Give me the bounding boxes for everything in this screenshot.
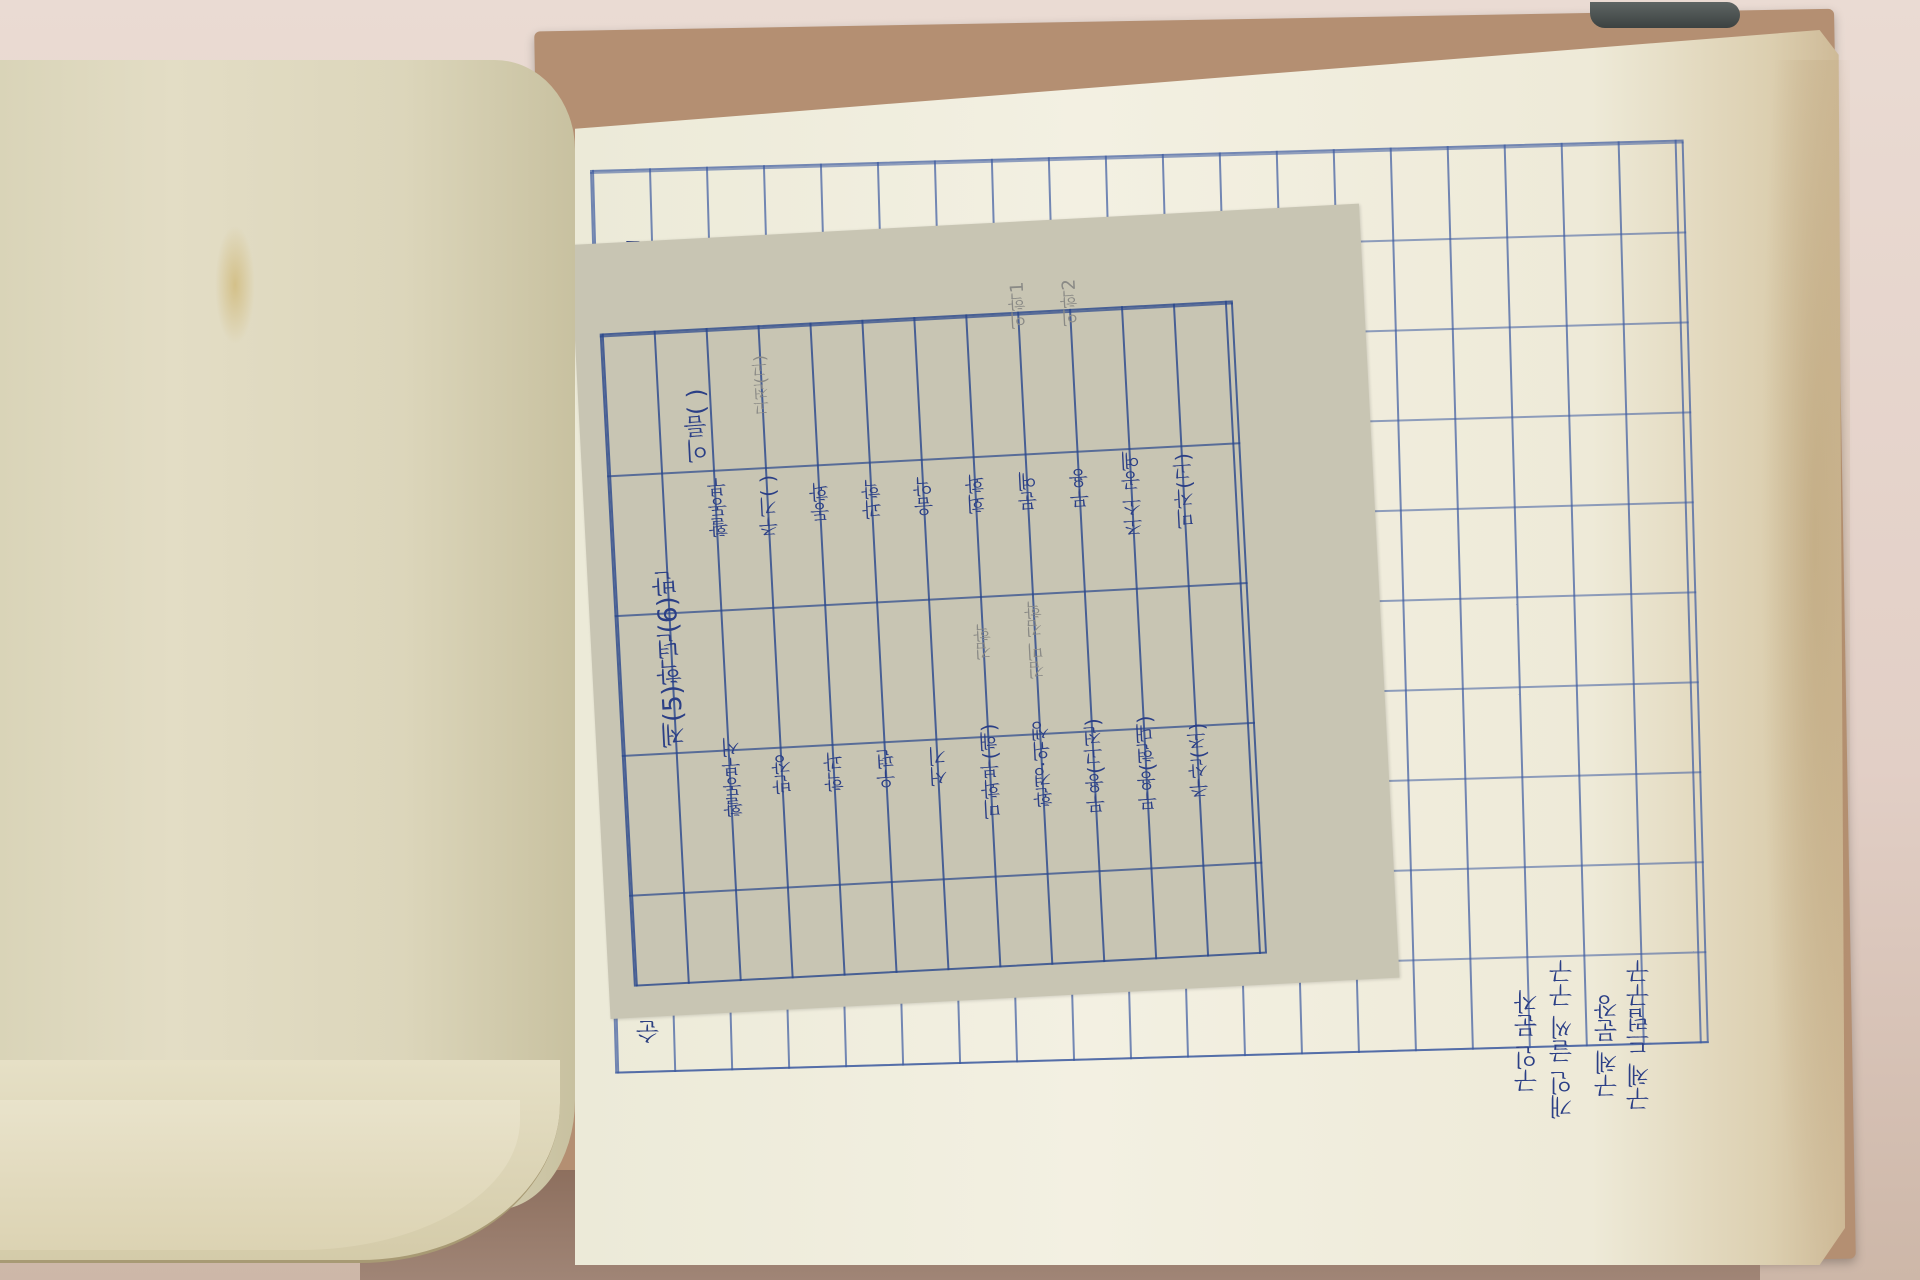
table2-header-label: 활동부 [702, 477, 734, 538]
bottom-note-1: 구인 문자 [1510, 990, 1545, 1094]
pasted-card: 제(5)학년(6)반 이름( ) 활동부서 반장 학과 우편 서기 미화부(해)… [570, 204, 1399, 1019]
table1-row-label: 환경·위생 [1026, 720, 1059, 808]
bottom-note-4: 구체 드럽구구 [1622, 960, 1657, 1112]
table1-row-label: 주산(조) [1182, 722, 1215, 799]
page-stain [1760, 60, 1850, 1260]
table2-row-label: 미자(고) [1168, 452, 1201, 529]
table1-row-label: 학과 [819, 751, 850, 792]
table2-cell-pencil: 이학1 [1005, 281, 1033, 330]
table1-row-label: 미화부(해) [974, 723, 1008, 820]
right-page-bottom-label: 순 [632, 1020, 667, 1044]
card-name-line: 이름( ) [678, 388, 717, 464]
bottom-note-2: 개인 글씨 구구 [1545, 960, 1580, 1119]
table1-row-label: 무용(고전) [1078, 718, 1112, 815]
table1-header-label: 활동부서 [716, 737, 749, 818]
table1-cell-pencil: 김학 [970, 623, 998, 660]
left-page-stack [0, 60, 575, 1210]
table2-row-label: 문예 [1012, 471, 1043, 512]
bottom-note-3: 구체 문장 [1590, 995, 1625, 1099]
table2-row-label: 동화 [805, 482, 836, 523]
table1-cell-pencil: 김미 김학 [1021, 601, 1051, 680]
table2-row-label: 무용 [1064, 468, 1095, 509]
table2-row-label: 과학 [857, 479, 888, 520]
table2-row-label: 조소 공예 [1116, 450, 1149, 538]
table1-row-label: 서기 [923, 746, 954, 787]
table2-cell-pencil: 이학2 [1056, 278, 1084, 327]
metal-clip [1590, 2, 1740, 28]
table2-row-label: 음악 [909, 476, 940, 517]
table1-row-label: 반장 [767, 754, 798, 795]
table1-row-label: 우편 [871, 748, 902, 789]
table1-row-label: 무용(현대) [1129, 715, 1163, 812]
table2-row-label: 주기( ) [752, 474, 784, 537]
table2-row-label: 회화 [961, 473, 992, 514]
left-page-stain [215, 225, 255, 345]
table2-cell-pencil: 고전(고) [748, 355, 774, 417]
